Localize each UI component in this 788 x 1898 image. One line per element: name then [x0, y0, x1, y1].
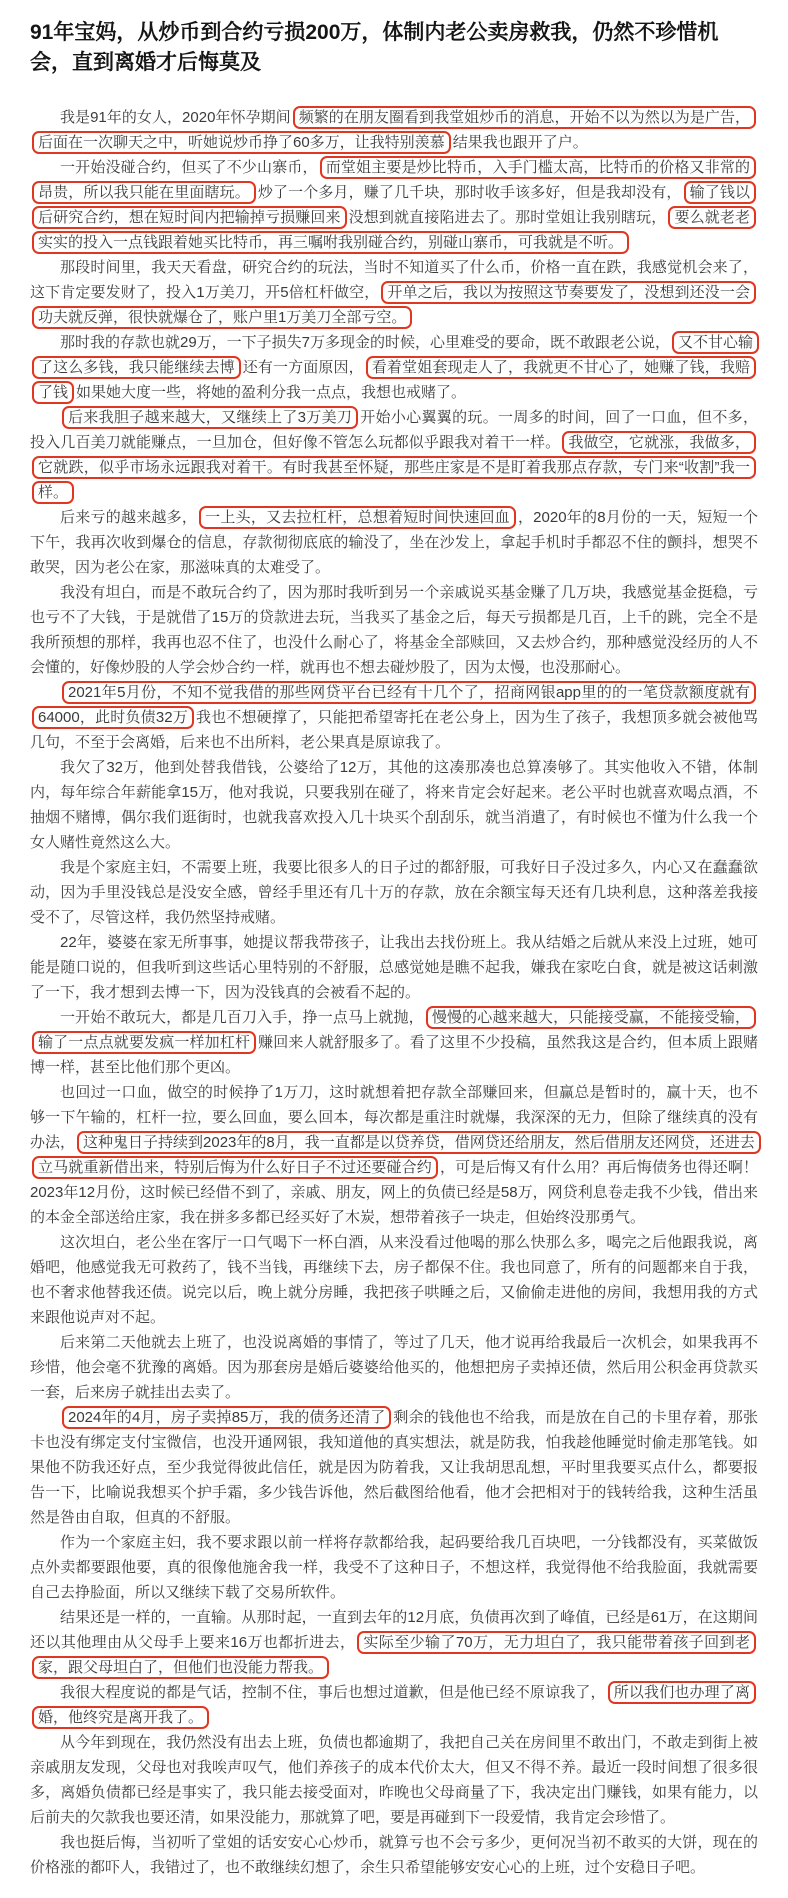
- article-title: 91年宝妈，从炒币到合约亏损200万，体制内老公卖房救我，仍然不珍惜机会，直到离…: [30, 18, 758, 79]
- text-segment: 如果她大度一些，将她的盈利分我一点点，我想也戒赌了。: [76, 384, 466, 401]
- article-paragraph: 一开始不敢玩大，都是几百刀入手，挣一点马上就抛，慢慢的心越来越大，只能接受赢，不…: [30, 1005, 758, 1080]
- article-paragraph: 那段时间里，我天天看盘，研究合约的玩法，当时不知道买了什么币，价格一直在跌，我感…: [30, 255, 758, 330]
- article-paragraph: 这次坦白，老公坐在客厅一口气喝下一杯白酒，从来没看过他喝的那么快那么多，喝完之后…: [30, 1230, 758, 1330]
- article-paragraph: 2024年的4月，房子卖掉85万，我的债务还清了剩余的钱他也不给我，而是放在自己…: [30, 1405, 758, 1530]
- text-segment: 炒了一个多月，赚了几千块，那时收手该多好，但是我却没有，: [258, 184, 682, 201]
- text-segment: 那时我的存款也就29万，一下子损失7万多现金的时候，心里难受的要命，既不敢跟老公…: [60, 334, 670, 351]
- text-segment: 结果我也跟开了户。: [453, 134, 588, 151]
- article-paragraph: 我是91年的女人，2020年怀孕期间频繁的在朋友圈看到我堂姐炒币的消息，开始不以…: [30, 105, 758, 155]
- article-page: 91年宝妈，从炒币到合约亏损200万，体制内老公卖房救我，仍然不珍惜机会，直到离…: [0, 0, 788, 1898]
- text-segment: 还有一方面原因，: [243, 359, 364, 376]
- article-paragraph: 结果还是一样的，一直输。从那时起，一直到去年的12月底，负债再次到了峰值，已经是…: [30, 1605, 758, 1680]
- article-paragraph: 我欠了32万，他到处替我借钱，公婆给了12万，其他的这凑那凑也总算凑够了。其实他…: [30, 755, 758, 855]
- article-paragraph: 那时我的存款也就29万，一下子损失7万多现金的时候，心里难受的要命，既不敢跟老公…: [30, 330, 758, 405]
- article-paragraph: 也回过一口血，做空的时候挣了1万刀，这时就想着把存款全部赚回来，但赢总是暂时的，…: [30, 1080, 758, 1230]
- article-paragraph: 我是个家庭主妇，不需要上班，我要比很多人的日子过的都舒服，可我好日子没过多久，内…: [30, 855, 758, 930]
- text-segment: 一开始不敢玩大，都是几百刀入手，挣一点马上就抛，: [60, 1009, 424, 1026]
- text-segment: 这次坦白，老公坐在客厅一口气喝下一杯白酒，从来没看过他喝的那么快那么多，喝完之后…: [30, 1234, 758, 1326]
- article-paragraph: 后来亏的越来越多，一上头，又去拉杠杆，总想着短时间快速回血，2020年的8月份的…: [30, 505, 758, 580]
- text-segment: 我也挺后悔，当初听了堂姐的话安安心心炒币，就算亏也不会亏多少，更何况当初不敢买的…: [30, 1834, 758, 1876]
- text-segment: 22年，婆婆在家无所事事，她提议帮我带孩子，让我出去找份班上。我从结婚之后就从来…: [30, 934, 758, 1001]
- highlight-box: 2024年的4月，房子卖掉85万，我的债务还清了: [62, 1406, 391, 1429]
- article-paragraph: 一开始没碰合约，但买了不少山寨币，而堂姐主要是炒比特币，入手门槛太高，比特币的价…: [30, 155, 758, 255]
- article-paragraph: 后来我胆子越来越大，又继续上了3万美刀开始小心翼翼的玩。一周多的时间，回了一口血…: [30, 405, 758, 505]
- article-paragraph: 后来第二天他就去上班了，也没说离婚的事情了，等过了几天，他才说再给我最后一次机会…: [30, 1330, 758, 1405]
- highlight-box: 后来我胆子越来越大，又继续上了3万美刀: [62, 406, 358, 429]
- article-paragraph: 作为一个家庭主妇，我不要求跟以前一样将存款都给我，起码要给我几百块吧，一分钱都没…: [30, 1530, 758, 1605]
- text-segment: 后来亏的越来越多，: [60, 509, 197, 526]
- text-segment: 后来第二天他就去上班了，也没说离婚的事情了，等过了几天，他才说再给我最后一次机会…: [30, 1334, 758, 1401]
- highlight-box: 一上头，又去拉杠杆，总想着短时间快速回血: [199, 506, 516, 529]
- article-paragraph: 从今年到现在，我仍然没有出去上班，负债也都逾期了，我把自己关在房间里不敢出门，不…: [30, 1730, 758, 1830]
- text-segment: 作为一个家庭主妇，我不要求跟以前一样将存款都给我，起码要给我几百块吧，一分钱都没…: [30, 1534, 758, 1601]
- text-segment: 我是91年的女人，2020年怀孕期间: [60, 109, 291, 126]
- text-segment: 没想到就直接陷进去了。那时堂姐让我别瞎玩，: [349, 209, 667, 226]
- text-segment: 我很大程度说的都是气话，控制不住，事后也想过道歉，但是他已经不原谅我了，: [60, 1684, 606, 1701]
- article-paragraph: 2021年5月份，不知不觉我借的那些网贷平台已经有十几个了，招商网银app里的的…: [30, 680, 758, 755]
- article-paragraph: 我没有坦白，而是不敢玩合约了，因为那时我听到另一个亲戚说买基金赚了几万块，我感觉…: [30, 580, 758, 680]
- text-segment: 一开始没碰合约，但买了不少山寨币，: [60, 159, 318, 176]
- text-segment: 我是个家庭主妇，不需要上班，我要比很多人的日子过的都舒服，可我好日子没过多久，内…: [30, 859, 758, 926]
- article-paragraph: 22年，婆婆在家无所事事，她提议帮我带孩子，让我出去找份班上。我从结婚之后就从来…: [30, 930, 758, 1005]
- text-segment: 我欠了32万，他到处替我借钱，公婆给了12万，其他的这凑那凑也总算凑够了。其实他…: [30, 759, 758, 851]
- article-paragraph: 我也挺后悔，当初听了堂姐的话安安心心炒币，就算亏也不会亏多少，更何况当初不敢买的…: [30, 1830, 758, 1880]
- article-body: 我是91年的女人，2020年怀孕期间频繁的在朋友圈看到我堂姐炒币的消息，开始不以…: [30, 105, 758, 1880]
- text-segment: 从今年到现在，我仍然没有出去上班，负债也都逾期了，我把自己关在房间里不敢出门，不…: [30, 1734, 758, 1826]
- article-paragraph: 我很大程度说的都是气话，控制不住，事后也想过道歉，但是他已经不原谅我了，所以我们…: [30, 1680, 758, 1730]
- text-segment: 我没有坦白，而是不敢玩合约了，因为那时我听到另一个亲戚说买基金赚了几万块，我感觉…: [30, 584, 758, 676]
